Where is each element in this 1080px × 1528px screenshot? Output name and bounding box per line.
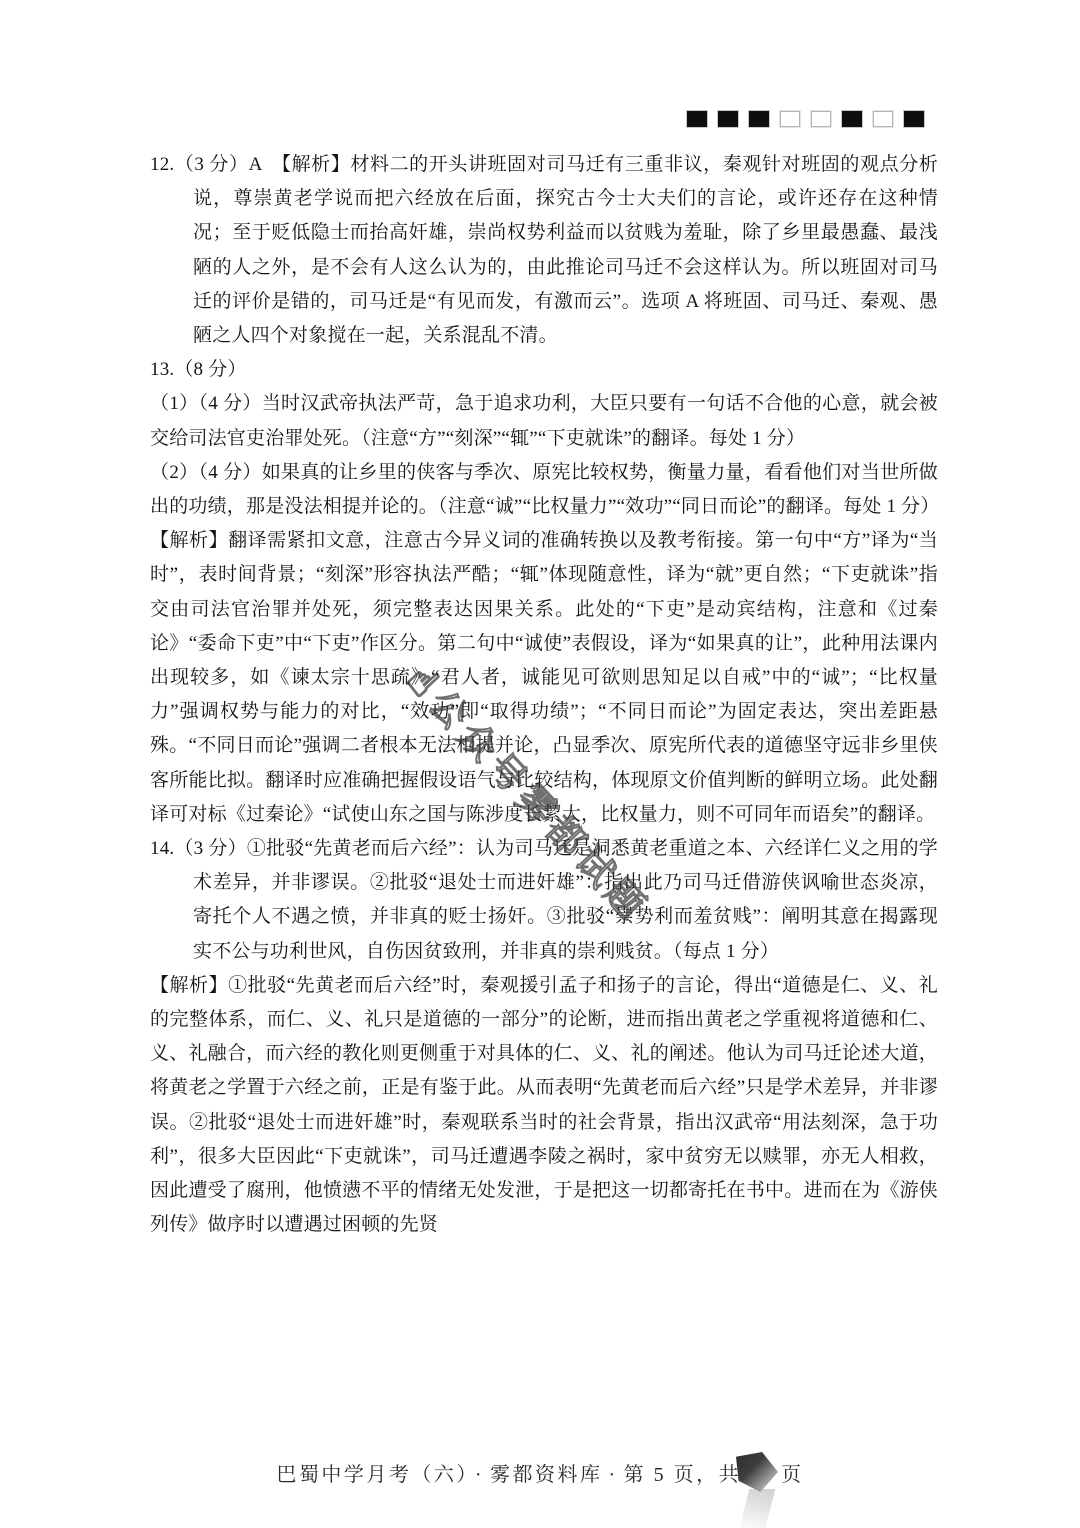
footer-page-info: 第 5 页，共 10 页 xyxy=(624,1464,804,1486)
status-square-filled xyxy=(842,111,862,127)
question-13-analysis: 【解析】翻译需紧扣文意，注意古今异义词的准确转换以及教考衔接。第一句中“方”译为… xyxy=(150,524,938,832)
status-square-filled xyxy=(718,111,738,127)
scan-smudge-tail xyxy=(739,1489,775,1528)
answer-sheet-content: 12.（3 分）A 【解析】材料二的开头讲班固对司马迁有三重非议，秦观针对班固的… xyxy=(150,148,938,1243)
question-13-part-2: （2）（4 分）如果真的让乡里的侠客与季次、原宪比较权势，衡量力量，看看他们对当… xyxy=(150,456,938,524)
footer-exam-name: 巴蜀中学月考（六） xyxy=(276,1464,469,1486)
status-square-filled xyxy=(687,111,707,127)
question-14-analysis: 【解析】①批驳“先黄老而后六经”时，秦观援引孟子和扬子的言论，得出“道德是仁、义… xyxy=(150,969,938,1243)
status-square-filled xyxy=(904,111,924,127)
status-square-empty xyxy=(873,111,893,127)
footer-separator: · xyxy=(609,1464,618,1486)
question-13-heading: 13.（8 分） xyxy=(150,353,938,387)
question-13-part-1: （1）（4 分）当时汉武帝执法严苛，急于追求功利，大臣只要有一句话不合他的心意，… xyxy=(150,387,938,455)
header-squares xyxy=(687,111,924,127)
status-square-filled xyxy=(749,111,769,127)
footer-source: 雾都资料库 xyxy=(490,1464,603,1486)
footer-separator: · xyxy=(475,1464,484,1486)
status-square-empty xyxy=(780,111,800,127)
status-square-empty xyxy=(811,111,831,127)
question-12-answer: 12.（3 分）A 【解析】材料二的开头讲班固对司马迁有三重非议，秦观针对班固的… xyxy=(150,148,938,353)
page-footer: 巴蜀中学月考（六）·雾都资料库·第 5 页，共 10 页 xyxy=(0,1458,1080,1487)
question-14-answer: 14.（3 分）①批驳“先黄老而后六经”：认为司马迁是洞悉黄老重道之本、六经详仁… xyxy=(150,832,938,969)
